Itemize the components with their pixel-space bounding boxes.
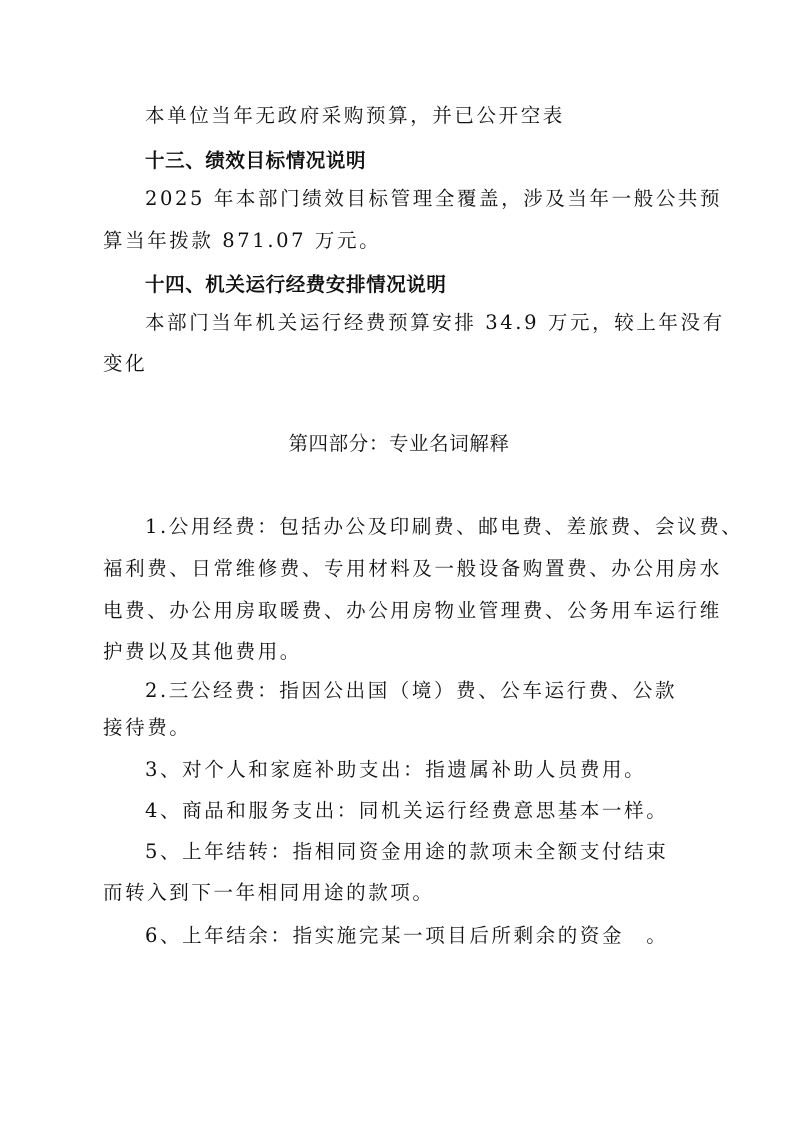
term-2-line-2: 接待费。 — [103, 716, 191, 740]
term-1-line-4: 护费以及其他费用。 — [103, 640, 302, 664]
section-14-paragraph-line-1: 本部门当年机关运行经费预算安排 34.9 万元，较上年没有 — [145, 311, 725, 335]
term-1-line-3: 电费、办公用房取暖费、办公用房物业管理费、公务用车运行维 — [103, 599, 722, 623]
term-3: 3、对个人和家庭补助支出：指遗属补助人员费用。 — [145, 758, 646, 782]
term-2-line-1: 2.三公经费：指因公出国（境）费、公车运行费、公款 — [145, 679, 677, 703]
section-14-heading: 十四、机关运行经费安排情况说明 — [145, 273, 447, 297]
term-1-line-1: 1.公用经费：包括办公及印刷费、邮电费、差旅费、会议费、 — [145, 515, 743, 539]
term-1-line-2: 福利费、日常维修费、专用材料及一般设备购置费、办公用房水 — [103, 557, 722, 581]
section-13-heading: 十三、绩效目标情况说明 — [145, 149, 366, 173]
term-6: 6、上年结余：指实施完某一项目后所剩余的资金 。 — [145, 924, 668, 948]
term-5-line-1: 5、上年结转：指相同资金用途的款项未全额支付结束 — [145, 840, 668, 864]
part-4-title: 第四部分：专业名词解释 — [103, 432, 695, 456]
procurement-note: 本单位当年无政府采购预算，并已公开空表 — [145, 104, 565, 128]
term-4: 4、商品和服务支出：同机关运行经费意思基本一样。 — [145, 799, 668, 823]
section-14-paragraph-line-2: 变化 — [103, 352, 147, 376]
section-13-paragraph-line-2: 算当年拨款 871.07 万元。 — [103, 229, 381, 253]
term-5-line-2: 而转入到下一年相同用途的款项。 — [103, 881, 435, 905]
section-13-paragraph-line-1: 2025 年本部门绩效目标管理全覆盖，涉及当年一般公共预 — [145, 187, 722, 211]
